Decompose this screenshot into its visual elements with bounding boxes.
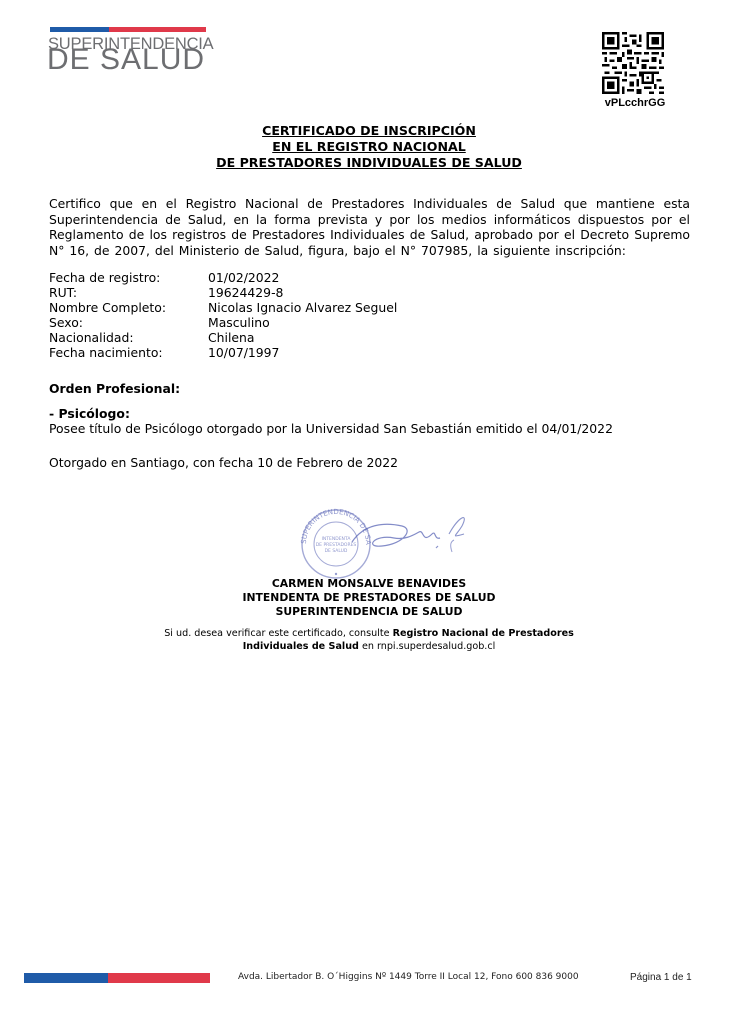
profesion-label: - Psicólogo: [49,406,130,421]
signer-role: INTENDENTA DE PRESTADORES DE SALUD [0,591,732,605]
field-label: RUT: [49,285,208,300]
field-value: 10/07/1997 [208,345,279,360]
field-label: Nacionalidad: [49,330,208,345]
field-row: Fecha de registro:01/02/2022 [49,270,397,285]
field-label: Fecha de registro: [49,270,208,285]
orden-profesional-heading: Orden Profesional: [49,381,180,396]
field-row: Nacionalidad:Chilena [49,330,397,345]
verify-registry-link-1: Registro Nacional de Prestadores [393,628,574,639]
field-value: Nicolas Ignacio Alvarez Seguel [208,300,397,315]
field-row: Sexo:Masculino [49,315,397,330]
verify-prefix: Si ud. desea verificar este certificado,… [164,628,392,639]
document-title: CERTIFICADO DE INSCRIPCIÓN EN EL REGISTR… [0,123,732,171]
verify-suffix: en rnpi.superdesalud.gob.cl [359,641,495,652]
signer-name: CARMEN MONSALVE BENAVIDES [0,577,732,591]
intro-paragraph: Certifico que en el Registro Nacional de… [49,196,690,258]
field-row: RUT:19624429-8 [49,285,397,300]
signer-institution: SUPERINTENDENCIA DE SALUD [0,605,732,619]
logo-color-bar [50,27,206,32]
field-value: Masculino [208,315,270,330]
verification-code: vPLcchrGG [590,97,680,109]
field-value: 01/02/2022 [208,270,279,285]
logo-text-line2: DE SALUD [47,45,205,75]
field-label: Nombre Completo: [49,300,208,315]
field-row: Fecha nacimiento:10/07/1997 [49,345,397,360]
svg-text:DE SALUD: DE SALUD [325,548,348,554]
otorgado-line: Otorgado en Santiago, con fecha 10 de Fe… [49,455,398,470]
field-row: Nombre Completo:Nicolas Ignacio Alvarez … [49,300,397,315]
registration-fields: Fecha de registro:01/02/2022 RUT:1962442… [49,270,397,360]
footer-address: Avda. Libertador B. O´Higgins Nº 1449 To… [238,972,579,982]
field-value: 19624429-8 [208,285,283,300]
title-line-2: EN EL REGISTRO NACIONAL [0,139,732,155]
qr-code-icon [602,32,664,94]
title-line-1: CERTIFICADO DE INSCRIPCIÓN [0,123,732,139]
field-value: Chilena [208,330,254,345]
stamp-signature-icon: SUPERINTENDENCIA DE SALUD INTENDENTA DE … [284,504,484,579]
field-label: Fecha nacimiento: [49,345,208,360]
footer-color-bar [24,973,210,983]
verify-registry-link-2: Individuales de Salud [243,641,359,652]
svg-text:INTENDENTA: INTENDENTA [322,536,352,542]
field-label: Sexo: [49,315,208,330]
verification-note: Si ud. desea verificar este certificado,… [0,627,732,653]
title-line-3: DE PRESTADORES INDIVIDUALES DE SALUD [0,155,732,171]
svg-text:DE PRESTADORES: DE PRESTADORES [316,542,357,548]
signer-block: CARMEN MONSALVE BENAVIDES INTENDENTA DE … [0,577,732,619]
page-number: Página 1 de 1 [630,972,692,983]
titulo-detalle: Posee título de Psicólogo otorgado por l… [49,421,613,436]
